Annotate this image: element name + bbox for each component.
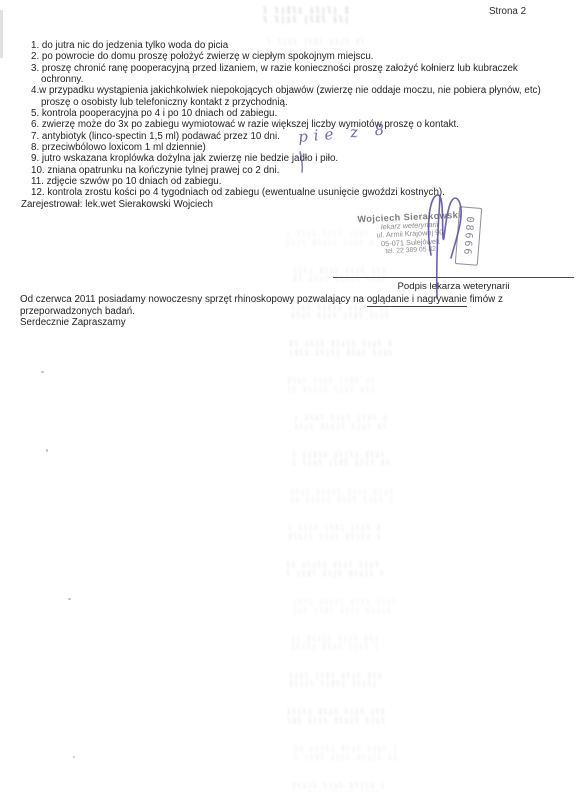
scanned-document-page: Strona 2 1. do jutra nic do jedzenia tyl… bbox=[0, 0, 576, 792]
footer-closing: Serdecznie Zapraszamy bbox=[20, 317, 566, 329]
bleed-through-artifact: |Ili il|l| Ilil l|il |lIl il|l Ili|il |l… bbox=[293, 598, 395, 615]
pen-underlined-phrase: oglądanie i nagrywanie bbox=[367, 294, 467, 307]
footer-paragraph: Od czerwca 2011 posiadamy nowoczesny spr… bbox=[20, 294, 566, 329]
signature-divider-line bbox=[333, 277, 574, 278]
footer-sentence: Od czerwca 2011 posiadamy nowoczesny spr… bbox=[20, 294, 566, 317]
instruction-item: 9. jutro wskazana kroplówka dożylna jak … bbox=[31, 153, 558, 164]
instruction-item: 8. przeciwbólowo loxicom 1 ml dziennie) bbox=[31, 142, 558, 153]
footer-text-before: Od czerwca 2011 posiadamy nowoczesny spr… bbox=[20, 294, 367, 305]
instruction-item: 5. kontrola pooperacyjna po 4 i po 10 dn… bbox=[31, 108, 558, 119]
stamp-serial-number: 08666 bbox=[461, 216, 475, 257]
bleed-through-artifact: li il|l| Ilil l|il |lIl il|l Ili|ll |lIl… bbox=[286, 561, 383, 578]
dust-speck bbox=[41, 371, 44, 373]
bleed-through-artifact: l l|Ili il|l| Ilil l|il |lIl il|l l l|il… bbox=[263, 7, 351, 24]
instruction-item: 3. proszę chronić ranę pooperacyjną prze… bbox=[31, 63, 558, 86]
instruction-item: 10. zniana opatrunku na kończynie tylnej… bbox=[31, 165, 558, 176]
vet-stamp: Wojciech Sierakowski lekarz weterynarii … bbox=[351, 210, 469, 258]
bleed-through-artifact: Il il|l Ili|l l|il Il|li i|lIl li||Ili i… bbox=[289, 340, 392, 357]
bleed-through-artifact: li il|l| Ilil l|il |lIl il|l Ili|ll |lIl… bbox=[294, 745, 398, 762]
page-number: Strona 2 bbox=[489, 6, 526, 17]
instruction-item: 4.w przypadku wystąpienia jakichkolwiek … bbox=[31, 85, 558, 108]
bleed-through-artifact: Ili|l l|il Il|li i|lIl li|l Ilil| l| Ili… bbox=[292, 782, 383, 792]
instruction-item: 6. zwierzę może do 3x po zabiegu wymioto… bbox=[31, 119, 558, 130]
stamp-serial-box: 08666 bbox=[455, 206, 482, 266]
instruction-item: 12. kontrola zrostu kości po 4 tygodniac… bbox=[31, 187, 558, 198]
bleed-through-artifact: il|l| Ilil l|il |lIl il|l Ili|l l|lIl il… bbox=[287, 708, 386, 725]
bleed-through-artifact: l|il |lIl il|l Ili|l l|il Il|li i|Il|il … bbox=[289, 672, 383, 689]
instruction-item: 1. do jutra nic do jedzenia tylko woda d… bbox=[31, 40, 558, 51]
instruction-item: 11. zdjęcie szwów po 10 dniach od zabieg… bbox=[31, 176, 558, 187]
bleed-through-artifact: il|l Ili|l l|il Il|li i|lIl li|l li il|l… bbox=[290, 488, 395, 505]
post-op-instruction-list: 1. do jutra nic do jedzenia tylko woda d… bbox=[31, 40, 558, 210]
bleed-through-artifact: Ilil l|il |lIl il|l Ili|l l|il Il||l Ili… bbox=[287, 377, 377, 394]
dust-speck bbox=[68, 598, 71, 600]
bleed-through-artifact: l l|Ili il|l| Ilil l|il |lIl il|l l l|il… bbox=[292, 451, 392, 468]
signature-caption: Podpis lekarza weterynarii bbox=[333, 281, 574, 292]
bleed-through-artifact: | Ilil l|il |lIl il|l Ili|l l|il Iil|l I… bbox=[294, 414, 389, 431]
bleed-through-artifact: |l Ili|l l|il Il|li i|lIl li|l Iliil|l| … bbox=[291, 635, 380, 652]
dust-speck bbox=[73, 756, 75, 758]
bleed-through-artifact: l l|il |lIl il|l Ili|l l|il Il|li Ili|l … bbox=[288, 524, 380, 541]
instruction-item: 2. po powrocie do domu proszę położyć zw… bbox=[31, 51, 558, 62]
instruction-item: 7. antybiotyk (linco-spectin 1,5 ml) pod… bbox=[31, 131, 558, 142]
dust-speck bbox=[46, 449, 48, 452]
scan-edge-artifact bbox=[0, 10, 3, 58]
